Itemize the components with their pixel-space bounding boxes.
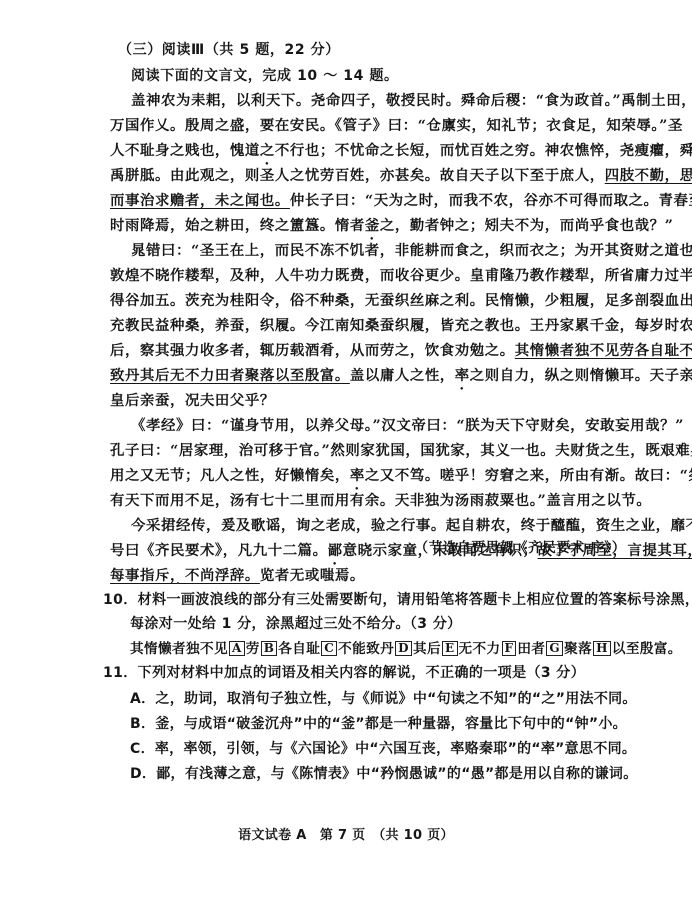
passage-line: 后，察其强力收多者，辄历载酒肴，从而劳之，饮食劝勉之。其惰懒者独不见劳各自耻不能 xyxy=(110,341,626,361)
text-run: 仲长子曰：“天为之时，而我不农，谷亦不可得而取之。青春至焉， xyxy=(290,192,692,209)
option-a[interactable]: A．之，助词，取消句子独立性，与《师说》中“句读之不知”的“之”用法不同。 xyxy=(130,689,630,709)
passage-line: 禹胼胝。由此观之，则圣人之忧劳百姓，亦甚矣。故自天子以下至于庶人，四肢不勤，思虑… xyxy=(110,166,626,186)
text-run: 聚落 xyxy=(564,641,592,657)
emphasized-word: 率 xyxy=(455,367,470,384)
passage-line: 致丹其后无不力田者聚落以至殷富。盖以庸人之性，率之则自力，纵之则惰懒耳。天子亲耕… xyxy=(110,366,626,386)
passage-line: 时雨降焉，始之耕田，终之簠簋。惰者釜之，勤者钟之；矧夫不为，而尚乎食也哉？” xyxy=(110,216,626,236)
underlined-sentence: 四肢不勤，思虑不用， xyxy=(605,167,692,184)
question-stem: 10．材料一画波浪线的部分有三处需要断句，请用铅笔将答题卡上相应位置的答案标号涂… xyxy=(103,590,633,610)
text-run: 用之又无节；凡人之性，好懒惰矣， xyxy=(110,467,350,484)
passage-line: 孔子曰：“居家理，治可移于官。”然则家犹国，国犹家，其义一也。夫财货之生，既艰难… xyxy=(110,441,626,461)
passage-line: 用之又无节；凡人之性，好懒惰矣，率之又不笃。嗟乎！穷窘之来，所由有渐。故曰：“桀 xyxy=(110,466,626,486)
emphasized-word: 鄙 xyxy=(328,542,343,559)
emphasized-word: 率 xyxy=(350,467,365,484)
option-d[interactable]: D．鄙，有浅薄之意，与《陈情表》中“矜悯愚诚”的“愚”都是用以自称的谦词。 xyxy=(130,764,630,784)
section-instruction: 阅读下面的文言文，完成 10 ～ 14 题。 xyxy=(131,66,647,86)
passage-line: 敦煌不晓作耧犁，及种，人牛功力既费，而收谷更少。皇甫隆乃教作耧犁，所省庸力过半， xyxy=(110,266,626,286)
text-run: 之又不笃。嗟乎！穷窘之来，所由有渐。故曰：“桀 xyxy=(365,467,692,484)
passage-source: （节选自贾思勰《齐民要术·序》） xyxy=(400,538,626,558)
scan-speck xyxy=(177,582,179,584)
wavy-underlined-sentence: 其惰懒者独不见劳各自耻不能 xyxy=(515,342,692,359)
passage-line: 充教民益种桑，养蚕，织履。今江南知桑蚕织履，皆充之教也。王丹家累千金，每岁时农收 xyxy=(110,316,626,336)
section-heading: （三）阅读Ⅲ（共 5 题，22 分） xyxy=(118,40,634,60)
answer-box-c[interactable]: C xyxy=(321,641,337,656)
text-run: 人不耻身之贱也，愧道 xyxy=(110,142,260,159)
question-stem-continued: 每涂对一处给 1 分，涂黑超过三处不给分。（3 分） xyxy=(130,614,630,634)
emphasized-word: 之 xyxy=(260,142,275,159)
text-run: 之，勤者钟之；矧夫不为，而尚乎食也哉？” xyxy=(380,217,674,234)
text-run: 其惰懒者独不见 xyxy=(130,641,228,657)
page-footer: 语文试卷 A 第 7 页 （共 10 页） xyxy=(0,826,692,846)
answer-box-g[interactable]: G xyxy=(546,641,563,656)
underlined-sentence: 而事治求赡者，未之闻也。 xyxy=(110,192,290,209)
exam-page: （三）阅读Ⅲ（共 5 题，22 分） 阅读下面的文言文，完成 10 ～ 14 题… xyxy=(0,0,692,904)
text-run: 后，察其强力收多者，辄历载酒肴，从而劳之，饮食劝勉之。 xyxy=(110,342,515,359)
text-run: 不能致丹 xyxy=(338,641,394,657)
text-run: 各自耻 xyxy=(278,641,320,657)
passage-line: 晁错曰：“圣王在上，而民不冻不饥者，非能耕而食之，织而衣之；为开其资财之道也。” xyxy=(131,241,626,261)
passage-line: 人不耻身之贱也，愧道之不行也；不忧命之长短，而忧百姓之穷。神农憔悴，尧瘦癯，舜黎… xyxy=(110,141,626,161)
text-run: 禹胼胝。由此观之，则圣人之忧劳百姓，亦甚矣。故自天子以下至于庶人， xyxy=(110,167,605,184)
passage-line: 得谷加五。茨充为桂阳令，俗不种桑，无蚕织丝麻之利。民惰懒，少粗履，足多剖裂血出。 xyxy=(110,291,626,311)
passage-line: 而事治求赡者，未之闻也。仲长子曰：“天为之时，而我不农，谷亦不可得而取之。青春至… xyxy=(110,191,626,211)
text-run: 号曰《齐民要术》，凡九十二篇。 xyxy=(110,542,328,559)
text-run: 盖以庸人之性， xyxy=(350,367,455,384)
passage-line: 今采捃经传，爰及歌谣，询之老成，验之行事。起自耕农，终于醯醢，资生之业，靡不毕书… xyxy=(131,516,626,536)
text-run: 其后 xyxy=(413,641,441,657)
option-b[interactable]: B．釜，与成语“破釜沉舟”中的“釜”都是一种量器，容量比下句中的“钟”小。 xyxy=(130,714,630,734)
text-run: 不行也；不忧命之长短，而忧百姓之穷。神农憔悴，尧瘦癯，舜黎黑， xyxy=(275,142,692,159)
passage-line: 皇后亲蚕，况夫田父乎？ xyxy=(110,391,626,411)
text-run: 劳 xyxy=(246,641,260,657)
answer-box-d[interactable]: D xyxy=(395,641,412,656)
sentence-break-options: 其惰懒者独不见A劳B各自耻C不能致丹D其后E无不力F田者G聚落H以至殷富。 xyxy=(130,639,650,659)
emphasized-word: 釜 xyxy=(365,217,380,234)
answer-box-b[interactable]: B xyxy=(261,641,278,656)
answer-box-h[interactable]: H xyxy=(593,641,611,656)
text-run: 无不力 xyxy=(459,641,501,657)
passage-line: 万国作乂。殷周之盛，要在安民。《管子》曰：“仓廪实，知礼节；衣食足，知荣辱。”圣 xyxy=(110,116,626,136)
text-run: 时雨降焉，始之耕田，终之簠簋。惰者 xyxy=(110,217,365,234)
text-run: 览者无或嗤焉。 xyxy=(260,567,365,584)
underlined-sentence: 每事指斥，不尚浮辞。 xyxy=(110,567,260,584)
question-stem: 11．下列对材料中加点的词语及相关内容的解说，不正确的一项是（3 分） xyxy=(103,663,633,683)
passage-line: 有天下而用不足，汤有七十二里而用有余。天非独为汤雨菽粟也。”盖言用之以节。 xyxy=(110,491,626,511)
text-run: 田者 xyxy=(517,641,545,657)
passage-line: 每事指斥，不尚浮辞。览者无或嗤焉。 xyxy=(110,566,626,586)
text-run: 之则自力，纵之则惰懒耳。天子亲耕， xyxy=(470,367,692,384)
passage-line: 盖神农为耒耜，以利天下。尧命四子，敬授民时。舜命后稷：“食为政首。”禹制土田， xyxy=(131,91,626,111)
answer-box-e[interactable]: E xyxy=(442,641,458,656)
text-run: 以至殷富。 xyxy=(612,641,682,657)
passage-line: 《孝经》曰：“谨身节用，以养父母。”汉文帝曰：“朕为天下守财矣，安敢妄用哉？” xyxy=(131,416,626,436)
answer-box-a[interactable]: A xyxy=(229,641,245,656)
option-c[interactable]: C．率，率领，引领，与《六国论》中“六国互丧，率赂秦耶”的“率”意思不同。 xyxy=(130,739,630,759)
answer-box-f[interactable]: F xyxy=(502,641,517,656)
wavy-underlined-sentence: 致丹其后无不力田者聚落以至殷富。 xyxy=(110,367,350,384)
